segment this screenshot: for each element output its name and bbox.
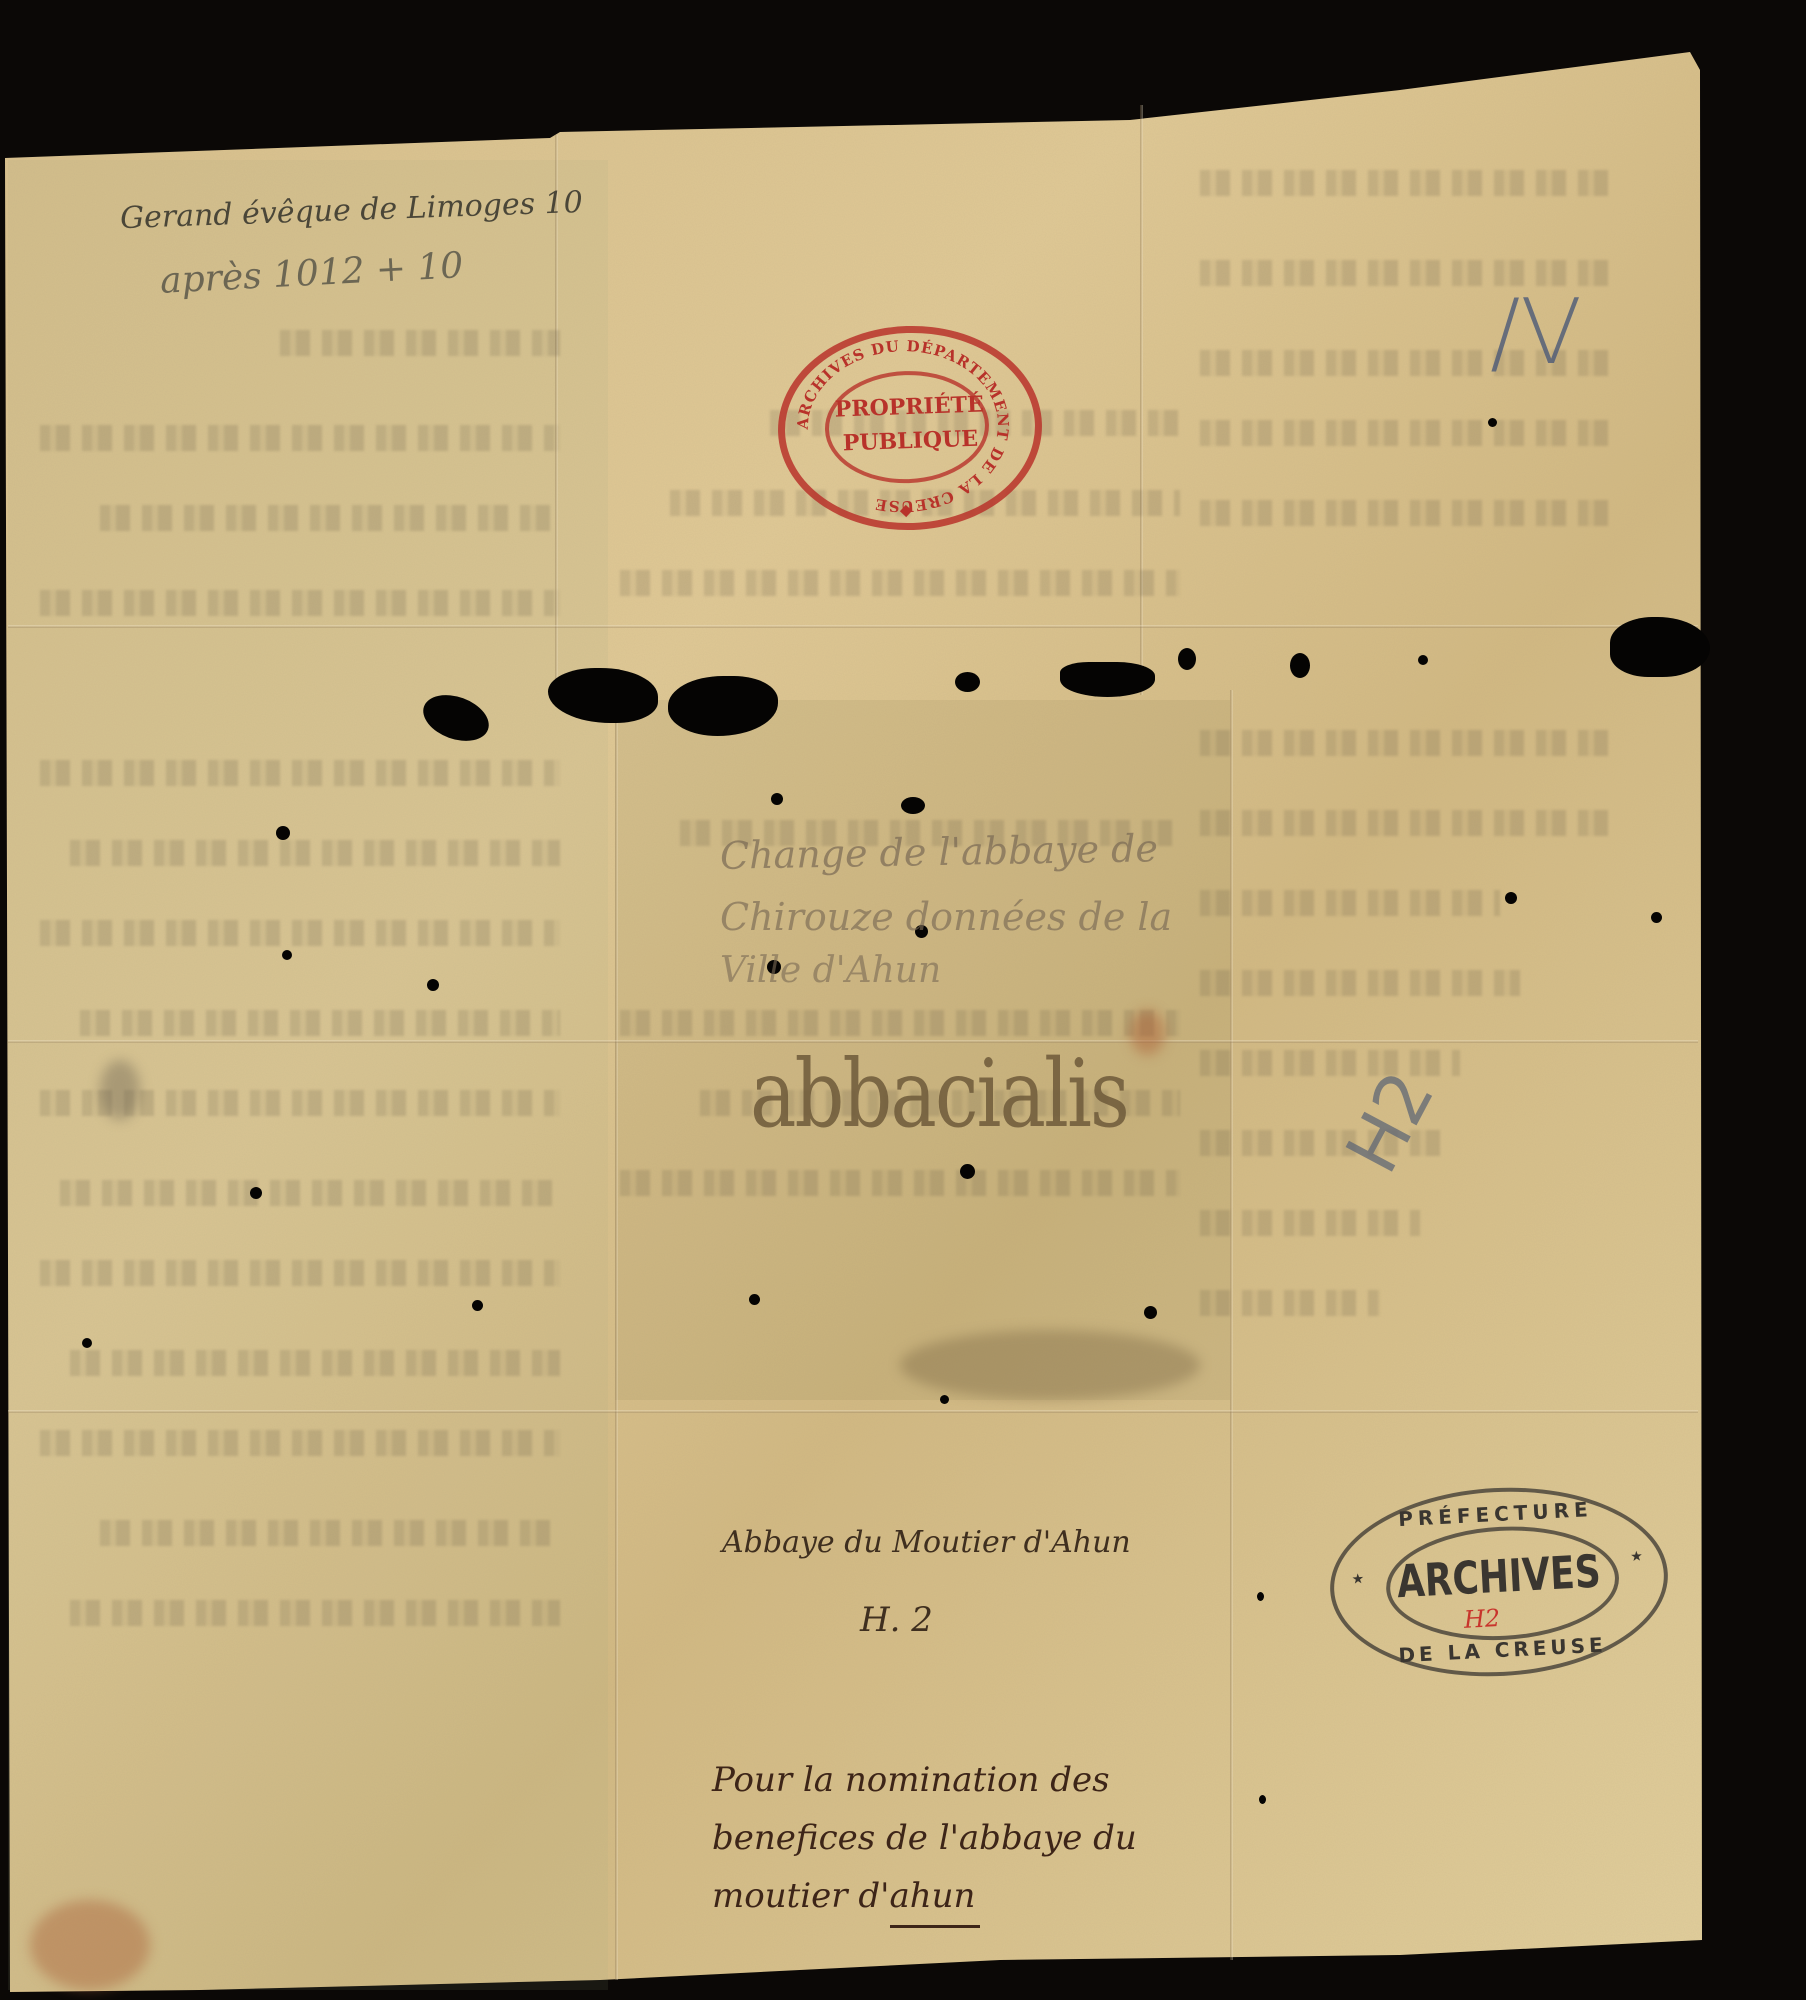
stamp-star-right: ★ [1630,1548,1643,1565]
pin-hole [1259,1795,1266,1804]
pin-hole [749,1294,760,1305]
pin-hole [472,1300,483,1311]
pin-hole [1651,912,1662,923]
black-archives-stamp: PRÉFECTURE ARCHIVES H2 DE LA CREUSE ★ ★ [1325,1479,1672,1684]
hole [1418,655,1428,665]
stamp-ornament: ◆ [900,500,913,519]
pin-hole [1257,1592,1264,1601]
stain [900,1330,1200,1400]
stamp-center-line1: PROPRIÉTÉ [834,391,984,422]
pin-hole [427,979,439,991]
stamp-center-text: ARCHIVES [1396,1546,1602,1608]
underline [890,1925,980,1928]
pin-hole [82,1338,92,1348]
hole [1610,617,1710,677]
purpose-note-line1: Pour la nomination des [712,1760,1110,1800]
bleed-through-text-right [1200,170,1620,1670]
stain [100,1060,140,1120]
pin-hole [901,797,925,814]
pin-hole [276,826,290,840]
pencil-mark-top-right: /V [1490,280,1582,385]
pin-hole [282,950,292,960]
pin-hole [940,1395,949,1404]
pin-hole [771,793,783,805]
stain [30,1900,150,1990]
faded-note-line3: Ville d'Ahun [720,950,941,991]
abbey-title: Abbaye du Moutier d'Ahun [722,1525,1131,1560]
pin-hole [1488,418,1497,427]
hole [955,672,980,692]
hole [1060,662,1155,697]
faded-note-line2: Chirouze données de la [720,895,1172,939]
stamp-star-left: ★ [1351,1571,1364,1588]
stamp-red-handwritten: H2 [1463,1604,1501,1634]
shelfmark: H. 2 [860,1600,933,1640]
stamp-center-line2: PUBLIQUE [842,426,978,457]
purpose-note-line2: benefices de l'abbaye du [712,1818,1137,1858]
gothic-inscription: abbacialis [750,1041,1128,1149]
pin-hole [250,1187,262,1199]
pin-hole [1144,1306,1157,1319]
purpose-note-line3: moutier d'ahun [712,1876,975,1916]
red-archives-stamp: ARCHIVES DU DÉPARTEMENT DE LA CREUSE PRO… [775,321,1046,534]
fold-line [615,690,618,1980]
faded-note-line1: Change de l'abbaye de [720,826,1159,878]
pin-hole [1505,892,1517,904]
pin-hole [960,1164,975,1179]
hole [1178,648,1196,670]
stain [1130,1010,1165,1055]
hole [1290,653,1310,678]
parchment-document: Gerand évêque de Limoges 10 après 1012 +… [0,0,1806,2000]
